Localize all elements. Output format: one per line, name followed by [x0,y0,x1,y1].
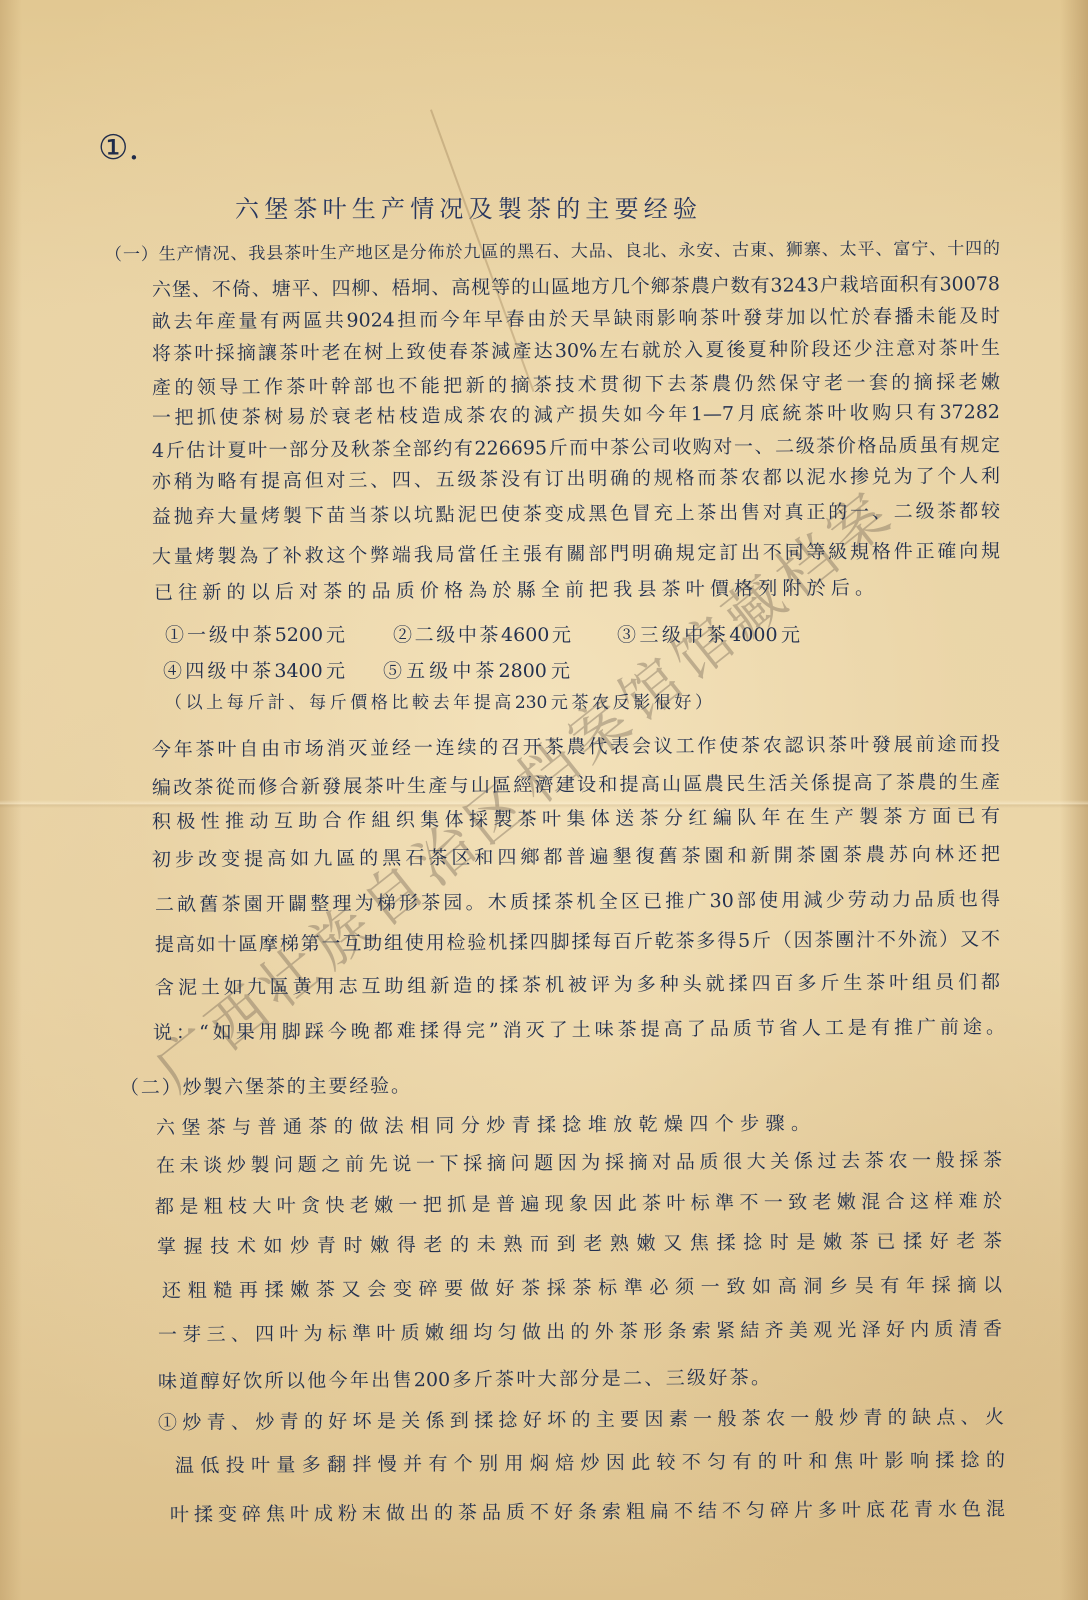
price-marker: ⑤ [383,660,406,682]
price-grade: 一级中茶 [187,624,275,646]
line-text: 我县茶叶生产地区是分佈於九區的黑石、大品、良北、永安、古東、狮寨、太平、富宁、十… [248,239,1000,264]
section-1-line-3: 畝去年産量有两區共9024担而今年早春由於天旱缺雨影响茶叶發芽加以忙於春播未能及… [152,302,1000,336]
price-value: 5200元 [275,624,345,646]
section-2-line-3: 都是粗枝大叶贪快老嫩一把抓是普遍现象因此茶叶标準不一致老嫩混合这样难於 [155,1187,1002,1221]
section-1-line-8: 亦稍为略有提高但对三、四、五级茶没有订出明确的规格而茶农都以泥水掺兑为了个人利 [152,462,1000,496]
price-item-grade-5: ⑤五级中茶2800元 [383,657,570,685]
section-2-line-1: 六堡茶与普通茶的做法相同分炒青揉捻堆放乾燥四个步骤。 [156,1109,810,1142]
price-item-grade-4: ④四级中茶3400元 [163,657,345,685]
price-marker: ③ [617,624,639,646]
paragraph-2-line-7: 含泥土如九區黄用志互助组新造的揉茶机被评为多种头就揉四百多斤生茶叶组员们都 [155,968,1000,1002]
section-1-line-10: 大量烤製為了补救这个弊端我局當任主張有關部門明确規定訂出不同等級規格件正確向規 [152,537,1000,571]
price-grade: 五级中茶 [406,660,498,682]
price-value: 4600元 [501,624,571,646]
paragraph-2-line-1: 今年茶叶自由市场消灭並经一连续的召开茶農代表会议工作使茶农認识茶叶發展前途而投 [152,730,1000,764]
section-2-line-10: 叶揉变碎焦叶成粉末做出的茶品质不好条索粗扁不结不匀碎片多叶底花青水色混 [170,1495,1005,1529]
section-1-line-5: 產的领导工作茶叶幹部也不能把新的摘茶技术贯彻下去茶農仍然保守老一套的摘採老嫩 [152,368,1000,402]
paragraph-2-line-5: 二畝舊茶園开闢整理为梯形茶园。木质揉茶机全区已推广30部使用減少劳动力品质也得 [155,885,1000,919]
price-marker: ① [165,624,187,646]
section-1-line-9: 益抛弃大量烤製下苗当茶以坑點泥巴使茶变成黑色冒充上茶出售对真正的一、二级茶都较 [152,497,1000,531]
section-1-line-2: 六堡、不倚、塘平、四柳、梧垌、高枧等的山區地方几个鄉茶農户数有3243户栽培面积… [152,270,1000,304]
section-2-line-7: 味道醇好饮所以他今年出售200多斤茶叶大部分是二、三级好茶。 [158,1364,770,1396]
paragraph-2-line-8: 说：“如果用脚踩今晚都难揉得完”消灭了土味茶提高了品质节省人工是有推广前途。 [153,1013,1005,1047]
price-value: 4000元 [729,624,800,646]
paragraph-2-line-6: 提高如十區摩梯第一互助组使用检验机揉四脚揉每百斤乾茶多得5斤（因茶團汁不外流）又… [155,925,1000,959]
section-1-line-4: 将茶叶採摘讓茶叶老在树上致使春茶減產达30%左右就於入夏後夏种阶段还少注意对茶叶… [152,334,1000,368]
section-2-line-5: 还粗糙再揉嫩茶又会变碎要做好茶採茶标準必须一致如高洞乡吴有年採摘以 [162,1271,1002,1305]
price-note: （以上每斤計、每斤價格比較去年提高230元茶农反影很好） [165,689,712,717]
paragraph-2-line-2: 编改茶從而修合新發展茶叶生產与山區經濟建设和提高山區農民生活关係提高了茶農的生產 [152,768,1000,802]
section-2-line-4: 掌握技术如炒青时嫩得老的未熟而到老熟嫩又焦揉捻时是嫩茶已揉好老茶 [157,1227,1002,1261]
price-value: 2800元 [499,660,570,682]
section-1-line-1: （一）生产情况、我县茶叶生产地区是分佈於九區的黑石、大品、良北、永安、古東、狮寨… [105,235,1000,269]
section-1-line-6: 一把抓使茶树易於衰老枯枝造成茶农的減产损失如今年1—7月底統茶叶收购只有3728… [152,398,1000,432]
price-marker: ④ [163,660,185,682]
section-1-line-7: 4斤估计夏叶一部分及秋茶全部约有226695斤而中茶公司收购对一、二级茶价格品质… [152,431,1000,465]
price-item-grade-1: ①一级中茶5200元 [165,621,345,649]
price-item-grade-3: ③三级中茶4000元 [617,621,800,649]
section-1-heading: （一）生产情况、 [105,244,248,265]
price-grade: 三级中茶 [639,624,729,646]
section-2-heading: （二）炒製六堡茶的主要经验。 [120,1072,410,1102]
page-number: ①. [98,128,139,168]
section-2-line-6: 一芽三、四叶为标準叶质嫩细均匀做出的外茶形条索紧結齐美观光泽好内质清香 [158,1315,1002,1349]
paragraph-2-line-4: 初步改变提高如九區的黑石茶区和四鄉都普遍墾復舊茶園和新開茶園茶農苏向林还把 [152,840,1000,874]
paragraph-2-line-3: 积极性推动互助合作組织集体採製茶叶集体送茶分红編队年在生产製茶方面已有 [152,802,1000,836]
price-item-grade-2: ②二级中茶4600元 [393,621,571,649]
section-1-line-11: 已往新的以后对茶的品质价格為於縣全前把我县茶叶價格列附於后。 [154,574,874,607]
section-2-line-2: 在未谈炒製问题之前先说一下採摘问题因为採摘对品质很大关係过去茶农一般採茶 [156,1146,1002,1180]
price-grade: 四级中茶 [185,660,274,682]
section-2-line-9: 温低投叶量多翻拌慢并有个别用焖焙炒因此较不匀有的叶和焦叶影响揉捻的 [175,1446,1005,1480]
section-2-line-8: ①炒青、炒青的好坏是关係到揉捻好坏的主要因素一般茶农一般炒青的缺点、火 [158,1403,1004,1437]
price-grade: 二级中茶 [415,624,501,646]
price-marker: ② [393,624,415,646]
price-value: 3400元 [274,660,345,682]
document-title: 六堡茶叶生产情况及製茶的主要经验 [235,194,697,224]
